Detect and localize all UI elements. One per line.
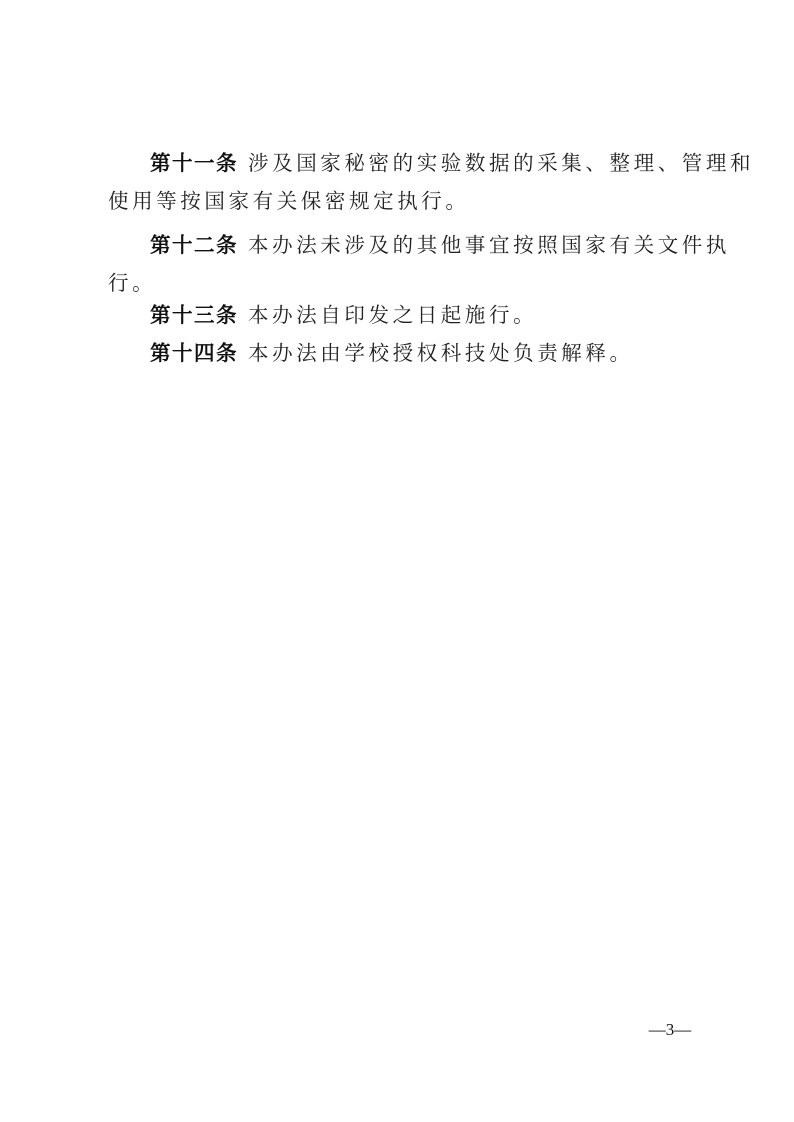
article-line: 第十一条涉及国家秘密的实验数据的采集、整理、管理和 — [108, 144, 694, 182]
article-11: 第十一条涉及国家秘密的实验数据的采集、整理、管理和 使用等按国家有关保密规定执行… — [108, 144, 694, 220]
article-text: 本办法未涉及的其他事宜按照国家有关文件执 — [248, 233, 730, 257]
article-label: 第十三条 — [150, 303, 238, 327]
article-12: 第十二条本办法未涉及的其他事宜按照国家有关文件执 行。 — [108, 226, 694, 302]
article-text: 使用等按国家有关保密规定执行。 — [108, 189, 470, 213]
page-number: —3— — [640, 1020, 700, 1040]
article-label: 第十二条 — [150, 233, 238, 257]
article-text: 本办法由学校授权科技处负责解释。 — [248, 341, 634, 365]
article-line: 第十三条本办法自印发之日起施行。 — [108, 296, 694, 334]
article-text: 涉及国家秘密的实验数据的采集、整理、管理和 — [248, 151, 754, 175]
article-text: 本办法自印发之日起施行。 — [248, 303, 537, 327]
article-label: 第十四条 — [150, 341, 238, 365]
article-13: 第十三条本办法自印发之日起施行。 — [108, 296, 694, 334]
article-14: 第十四条本办法由学校授权科技处负责解释。 — [108, 334, 694, 372]
document-page: 第十一条涉及国家秘密的实验数据的采集、整理、管理和 使用等按国家有关保密规定执行… — [0, 0, 794, 1122]
article-label: 第十一条 — [150, 151, 238, 175]
article-line: 使用等按国家有关保密规定执行。 — [108, 182, 694, 220]
article-line: 第十四条本办法由学校授权科技处负责解释。 — [108, 334, 694, 372]
article-text: 行。 — [108, 271, 156, 295]
article-line: 第十二条本办法未涉及的其他事宜按照国家有关文件执 — [108, 226, 694, 264]
